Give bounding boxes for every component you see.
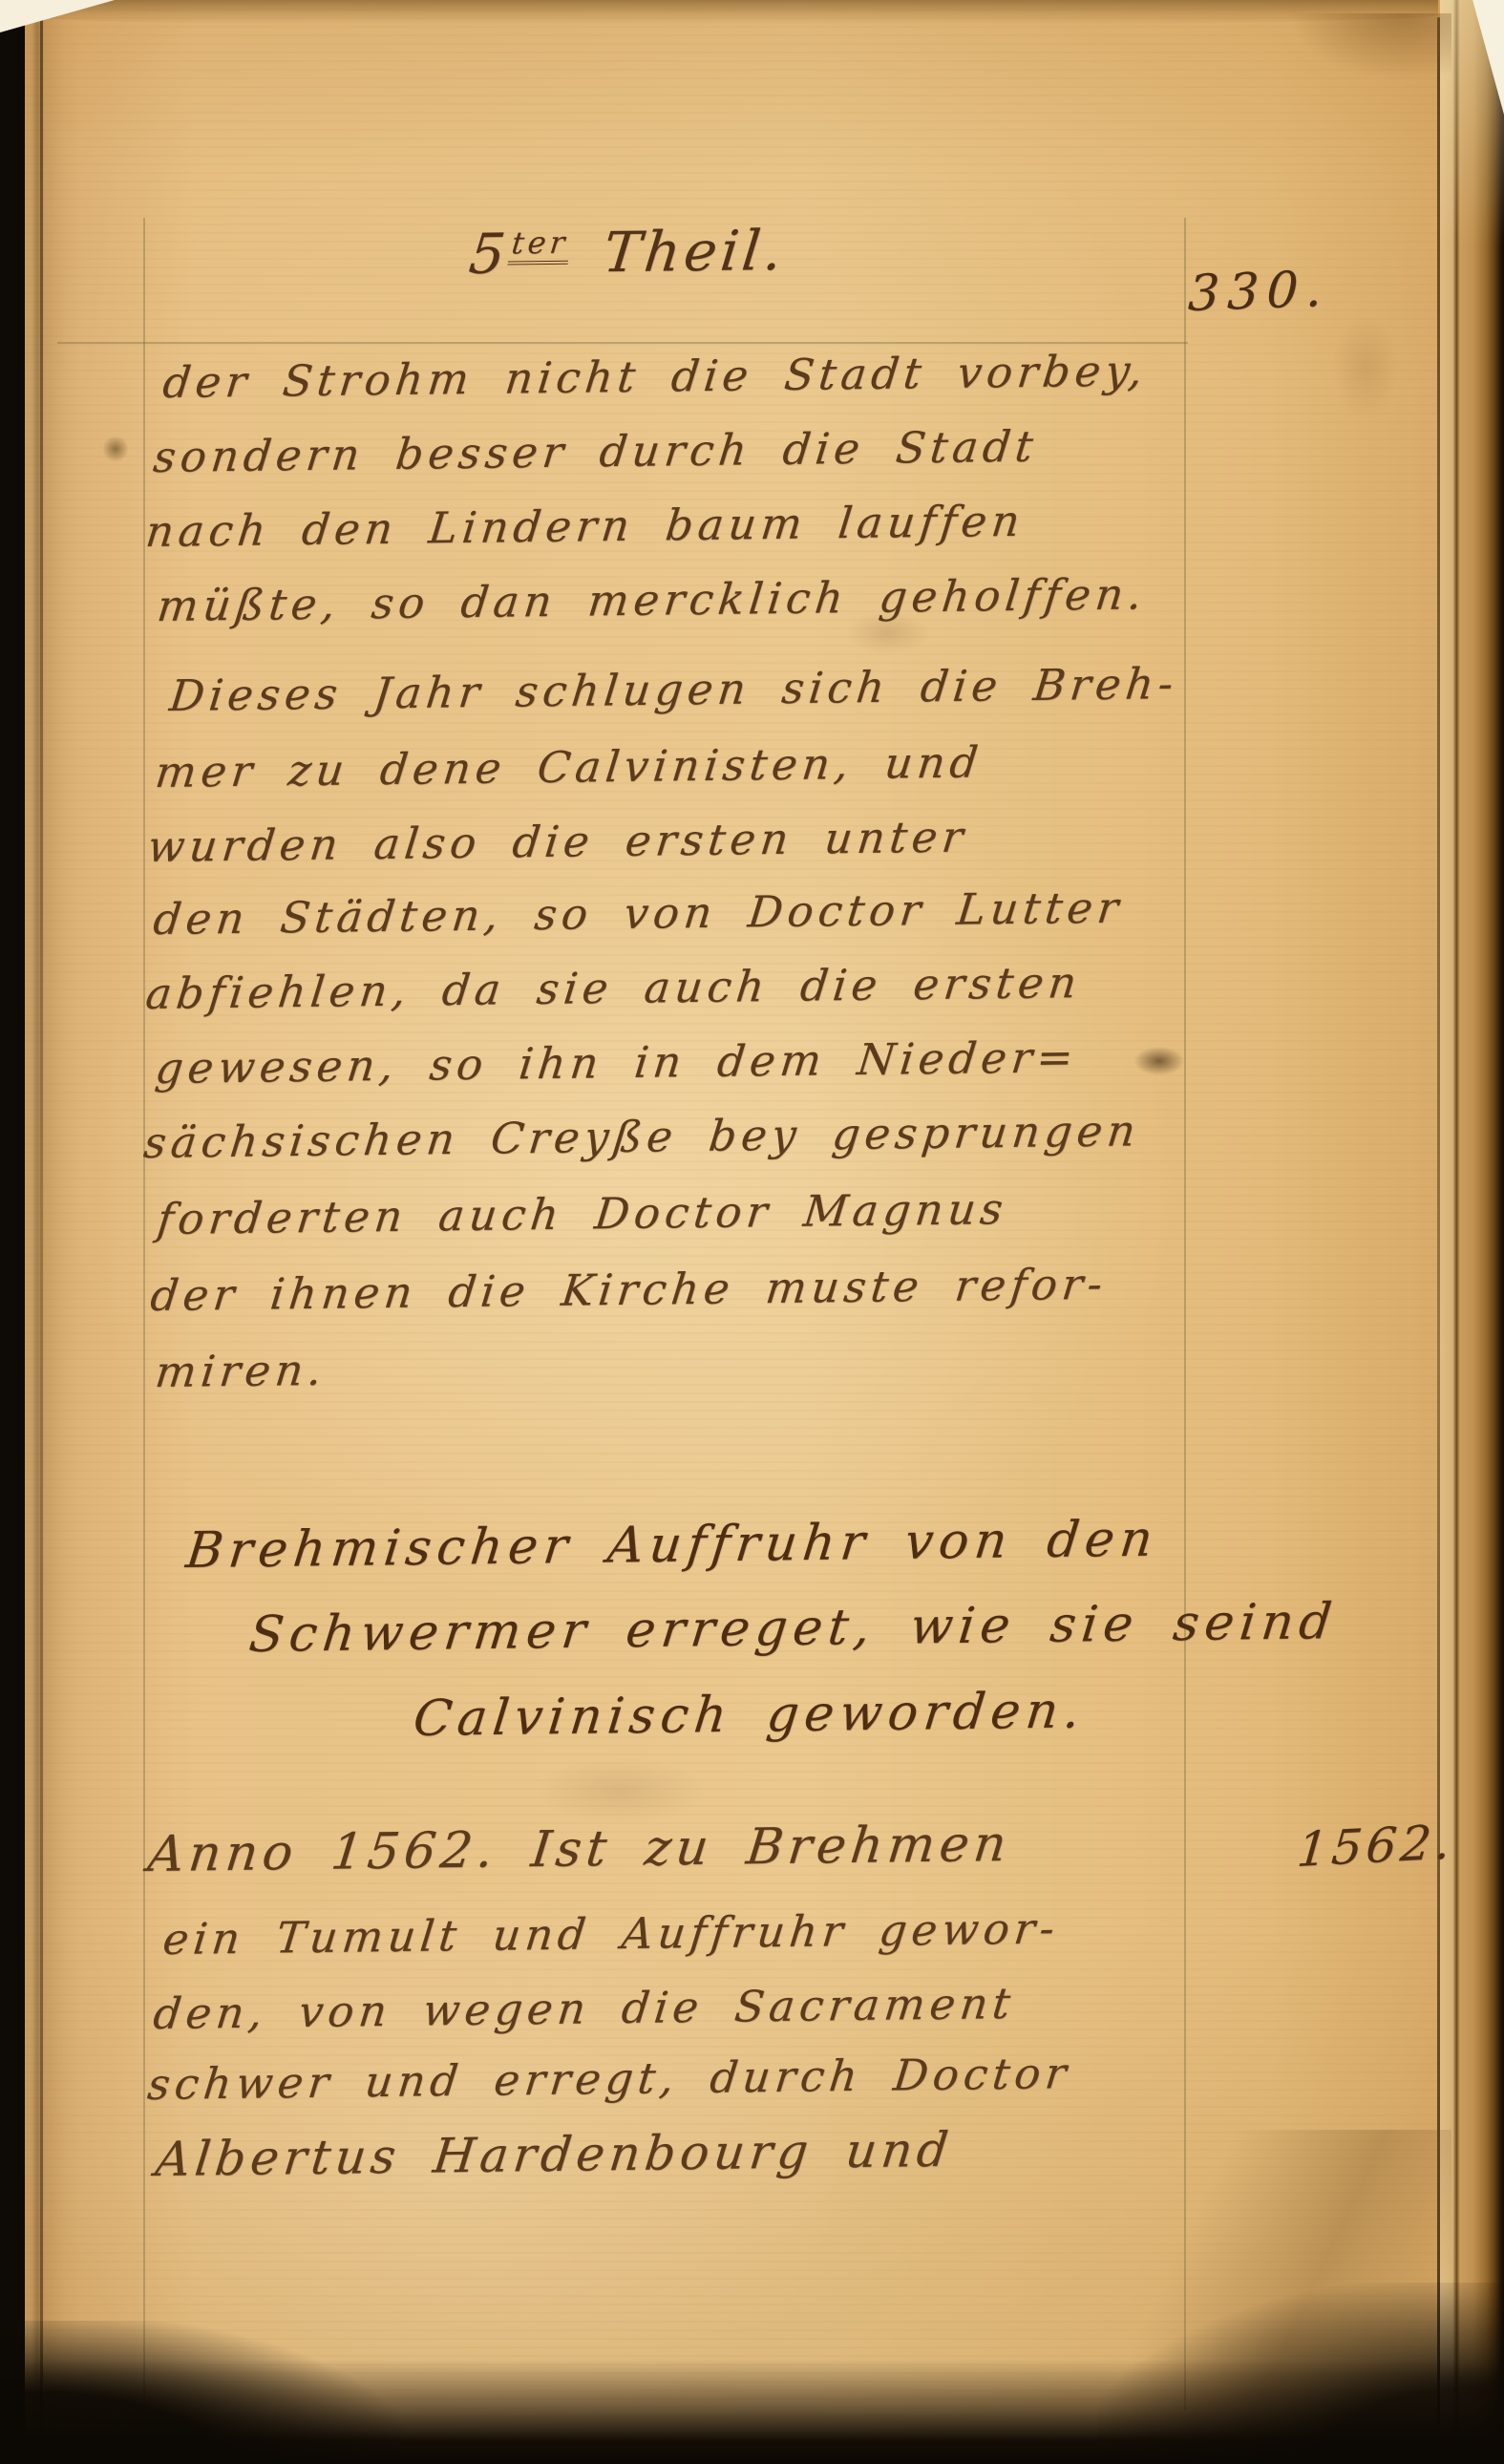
- manuscript-line: mer zu dene Calvinisten, und: [153, 736, 985, 797]
- part-word: Theil.: [601, 218, 790, 285]
- page-top-right-wear: [1289, 13, 1451, 80]
- margin-year-note: 1562.: [1295, 1815, 1456, 1878]
- page-top-worn-edge: [44, 0, 1438, 25]
- anno-line: Albertus Hardenbourg und: [153, 2122, 956, 2187]
- anno-line: den, von wegen die Sacrament: [151, 1978, 1018, 2039]
- photographed-book: { "document": { "kind": "handwritten man…: [0, 0, 1504, 2464]
- page-number: 330.: [1187, 261, 1330, 323]
- chapter-header: 5ter Theil.: [466, 218, 789, 287]
- manuscript-line: nach den Lindern baum lauffen: [143, 496, 1027, 557]
- anno-line: Anno 1562. Ist zu Brehmen: [145, 1816, 1014, 1883]
- manuscript-line: wurden also die ersten unter: [145, 812, 970, 872]
- book-fore-edge-pages: [1440, 0, 1504, 2464]
- section-heading-line: Brehmischer Auffruhr von den: [183, 1511, 1161, 1580]
- part-number: 5: [466, 222, 512, 287]
- ruled-header-line: [57, 342, 1188, 344]
- binding-gutter-crease: [40, 0, 43, 2464]
- manuscript-line: miren.: [153, 1345, 329, 1397]
- manuscript-line: sondern besser durch die Stadt: [151, 421, 1040, 482]
- ruled-margin-line-right: [1184, 218, 1186, 2411]
- section-heading-line: Calvinisch geworden.: [411, 1682, 1089, 1748]
- ordinal-superscript: ter: [507, 223, 572, 265]
- bottom-left-shadow: [0, 2321, 401, 2464]
- manuscript-line: forderten auch Doctor Magnus: [155, 1183, 1010, 1244]
- bottom-right-shadow: [1098, 2283, 1504, 2464]
